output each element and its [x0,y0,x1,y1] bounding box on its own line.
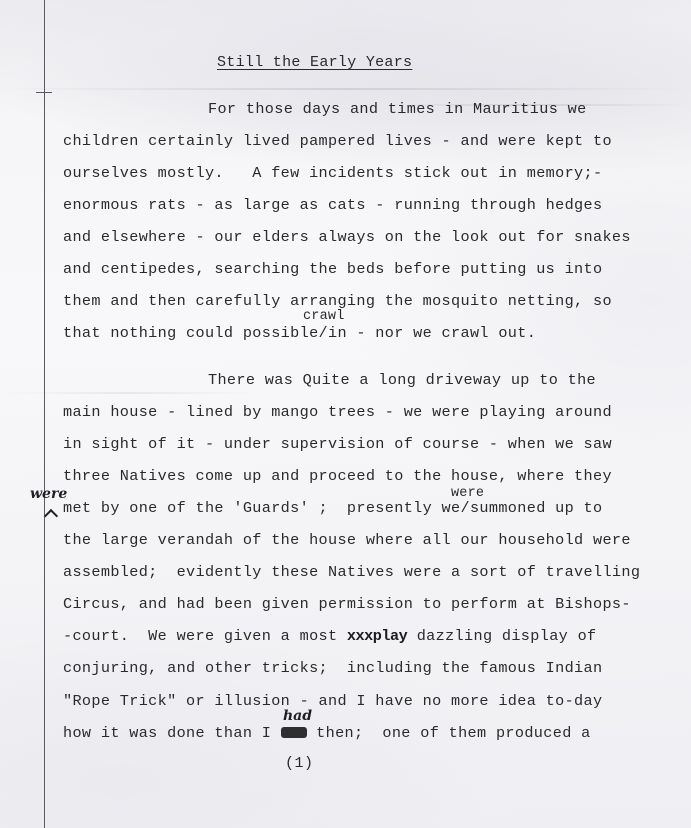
text-line: enormous rats - as large as cats - runni… [63,196,602,214]
text-line: ourselves mostly. A few incidents stick … [63,164,602,182]
margin-tick-mark [36,92,52,93]
typed-insertion-crawl: crawl [303,309,345,324]
text-line: -court. We were given a most xxxplay daz… [63,627,597,645]
text-line: "Rope Trick" or illusion - and I have no… [63,692,602,710]
text-line: three Natives come up and proceed to the… [63,467,612,485]
text-segment: then; one of them produced a [307,724,591,742]
text-line: assembled; evidently these Natives were … [63,563,640,581]
insertion-caret-icon [44,509,58,523]
text-line: Circus, and had been given permission to… [63,595,631,613]
ink-blot-scribble [281,727,307,738]
text-line: and centipedes, searching the beds befor… [63,260,602,278]
text-segment: how it was done than I [63,724,281,742]
paper-crease [0,88,691,90]
text-line: main house - lined by mango trees - we w… [63,403,612,421]
struck-out-typed-word: xxxplay [347,627,407,645]
text-segment: dazzling display of [407,627,596,645]
document-title: Still the Early Years [217,54,412,71]
page-number: (1) [285,755,314,772]
text-line: that nothing could possible/in - nor we … [63,324,536,342]
paper-crease [0,392,260,394]
margin-rule [44,0,45,828]
text-line: conjuring, and other tricks; including t… [63,659,602,677]
text-line: the large verandah of the house where al… [63,531,631,549]
handwritten-correction-had: had [283,708,312,724]
text-line: how it was done than I then; one of them… [63,724,591,742]
text-segment: -court. We were given a most [63,627,347,645]
text-line: children certainly lived pampered lives … [63,132,612,150]
text-line: met by one of the 'Guards' ; presently w… [63,499,602,517]
text-line: and elsewhere - our elders always on the… [63,228,631,246]
text-line: There was Quite a long driveway up to th… [208,371,596,389]
paper-page: Still the Early Years For those days and… [0,0,691,828]
text-line: in sight of it - under supervision of co… [63,435,612,453]
handwritten-margin-note: were [30,486,67,502]
text-line: them and then carefully arranging the mo… [63,292,612,310]
text-line: For those days and times in Mauritius we [208,100,587,118]
